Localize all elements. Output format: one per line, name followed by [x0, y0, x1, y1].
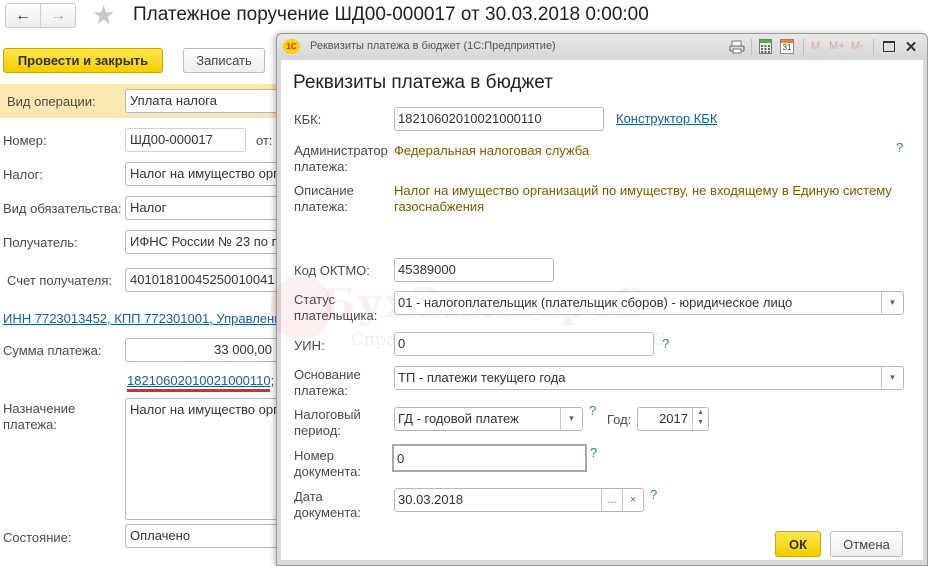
dropdown-arrow-icon[interactable]: ▼	[560, 408, 582, 430]
oktmo-field[interactable]: 45389000	[394, 258, 554, 282]
doc-number-field[interactable]: 0	[392, 444, 587, 472]
doc-date-label: Дата документа:	[294, 489, 361, 521]
dialog-window-title: Реквизиты платежа в бюджет (1С:Предприят…	[310, 40, 556, 52]
operation-type-field[interactable]: Уплата налога	[125, 89, 280, 113]
back-button[interactable]: ←	[6, 4, 40, 27]
payer-status-select[interactable]: 01 - налогоплательщик (плательщик сборов…	[394, 291, 904, 315]
maximize-icon[interactable]	[881, 39, 897, 54]
payer-status-label-line2: плательщика:	[294, 308, 377, 324]
dialog-titlebar[interactable]: 1С Реквизиты платежа в бюджет (1С:Предпр…	[277, 34, 927, 60]
arrow-left-icon: ←	[15, 7, 31, 25]
memory-plus-icon[interactable]: M+	[829, 40, 845, 52]
payment-basis-label-line1: Основание	[294, 367, 361, 383]
forward-button[interactable]: →	[40, 4, 75, 27]
payment-basis-value: ТП - платежи текущего года	[398, 370, 566, 385]
administrator-label-line2: платежа:	[294, 159, 388, 175]
tax-label: Налог:	[3, 167, 43, 183]
calendar-icon[interactable]: 31	[780, 39, 794, 54]
recipient-account-field[interactable]: 40101810045250010041,	[125, 268, 280, 292]
date-picker-button[interactable]: ...	[601, 489, 622, 511]
doc-number-help-icon[interactable]: ?	[590, 445, 597, 460]
toolbar-separator	[803, 39, 804, 55]
uin-field[interactable]: 0	[394, 332, 654, 356]
tax-period-label-line1: Налоговый	[294, 407, 361, 423]
close-icon[interactable]: ✕	[903, 39, 919, 54]
payment-basis-select[interactable]: ТП - платежи текущего года ▼	[394, 366, 904, 390]
toolbar-separator	[873, 39, 874, 55]
state-field[interactable]: Оплачено	[125, 524, 280, 548]
date-from-label: от:	[256, 133, 273, 149]
payment-basis-label: Основание платежа:	[294, 367, 361, 399]
favorite-star-icon[interactable]: ★	[92, 1, 115, 29]
liability-type-label: Вид обязательства:	[3, 201, 122, 217]
1c-logo-icon: 1С	[283, 39, 300, 54]
doc-number-label-line2: документа:	[294, 464, 361, 480]
year-label: Год:	[607, 412, 631, 428]
dropdown-arrow-icon[interactable]: ▼	[881, 292, 903, 314]
kbk-link[interactable]: 18210602010021000110;	[127, 373, 276, 388]
uin-label: УИН:	[294, 338, 325, 354]
recipient-field[interactable]: ИФНС России № 23 по г	[125, 230, 280, 254]
dialog-body: БухЭксперт8 Справочная система по учету …	[281, 60, 923, 560]
arrow-right-icon: →	[50, 7, 66, 25]
memory-m-icon[interactable]: M	[811, 40, 820, 52]
payer-status-label-line1: Статус	[294, 292, 377, 308]
post-and-close-button[interactable]: Провести и закрыть	[3, 48, 163, 73]
page-title: Платежное поручение ШД00-000017 от 30.03…	[133, 4, 649, 26]
clear-date-button[interactable]: ×	[622, 489, 643, 511]
purpose-label: Назначение платежа:	[3, 401, 75, 433]
number-label: Номер:	[3, 133, 47, 149]
tax-period-label-line2: период:	[294, 423, 361, 439]
administrator-label-line1: Администратор	[294, 143, 388, 159]
recipient-account-label: Счет получателя:	[7, 273, 112, 289]
description-label: Описание платежа:	[294, 183, 354, 215]
spin-updown-icon[interactable]: ▲▼	[692, 408, 708, 430]
administrator-value: Федеральная налоговая служба	[394, 143, 589, 159]
amount-field[interactable]: 33 000,00	[125, 338, 280, 362]
purpose-label-line2: платежа:	[3, 417, 75, 433]
tax-period-select[interactable]: ГД - годовой платеж ▼	[394, 407, 583, 431]
operation-type-label: Вид операции:	[7, 94, 96, 110]
amount-label: Сумма платежа:	[3, 343, 101, 359]
dialog-heading: Реквизиты платежа в бюджет	[293, 72, 553, 94]
kbk-constructor-link[interactable]: Конструктор КБК	[616, 111, 717, 126]
doc-number-label-line1: Номер	[294, 448, 361, 464]
dropdown-arrow-icon[interactable]: ▼	[881, 367, 903, 389]
cancel-button[interactable]: Отмена	[830, 531, 903, 557]
doc-date-value: 30.03.2018	[398, 492, 463, 507]
calendar-day: 31	[783, 43, 792, 53]
print-icon[interactable]	[729, 39, 745, 54]
year-stepper[interactable]: 2017 ▲▼	[637, 407, 709, 431]
kbk-red-underline	[127, 389, 270, 392]
description-label-line1: Описание	[294, 183, 354, 199]
calculator-icon[interactable]	[757, 39, 773, 54]
kbk-field[interactable]: 18210602010021000110	[394, 107, 604, 131]
save-button[interactable]: Записать	[183, 48, 265, 73]
purpose-label-line1: Назначение	[3, 401, 75, 417]
payer-status-label: Статус плательщика:	[294, 292, 377, 324]
history-nav: ← →	[5, 3, 76, 28]
purpose-textarea[interactable]: Налог на имущество орг	[125, 398, 280, 520]
help-icon[interactable]: ?	[896, 140, 903, 155]
description-label-line2: платежа:	[294, 199, 354, 215]
administrator-label: Администратор платежа:	[294, 143, 388, 175]
doc-date-field[interactable]: 30.03.2018 ... ×	[394, 488, 644, 512]
payment-basis-label-line2: платежа:	[294, 383, 361, 399]
doc-date-label-line1: Дата	[294, 489, 361, 505]
doc-date-label-line2: документа:	[294, 505, 361, 521]
memory-minus-icon[interactable]: M-	[851, 40, 864, 52]
year-value: 2017	[659, 411, 688, 426]
tax-period-value: ГД - годовой платеж	[398, 411, 519, 426]
doc-date-help-icon[interactable]: ?	[650, 487, 657, 502]
payer-status-value: 01 - налогоплательщик (плательщик сборов…	[398, 295, 792, 310]
liability-type-field[interactable]: Налог	[125, 196, 280, 220]
tax-field[interactable]: Налог на имущество орг	[125, 162, 280, 186]
doc-number-label: Номер документа:	[294, 448, 361, 480]
budget-payment-details-dialog: 1С Реквизиты платежа в бюджет (1С:Предпр…	[276, 33, 928, 566]
recipient-details-link[interactable]: ИНН 7723013452, КПП 772301001, Управлени	[3, 311, 276, 326]
description-value-line2: газоснабжения	[394, 199, 892, 215]
description-value-line1: Налог на имущество организаций по имущес…	[394, 183, 892, 199]
number-field[interactable]: ШД00-000017	[125, 128, 246, 152]
kbk-label: КБК:	[294, 112, 321, 128]
oktmo-label: Код ОКТМО:	[294, 263, 370, 279]
state-label: Состояние:	[3, 530, 71, 546]
uin-help-icon[interactable]: ?	[662, 336, 669, 351]
ok-button[interactable]: ОК	[775, 531, 821, 557]
tax-period-label: Налоговый период:	[294, 407, 361, 439]
description-value: Налог на имущество организаций по имущес…	[394, 183, 892, 215]
recipient-label: Получатель:	[3, 235, 78, 251]
toolbar-separator	[751, 39, 752, 55]
tax-period-help-icon[interactable]: ?	[589, 403, 596, 418]
